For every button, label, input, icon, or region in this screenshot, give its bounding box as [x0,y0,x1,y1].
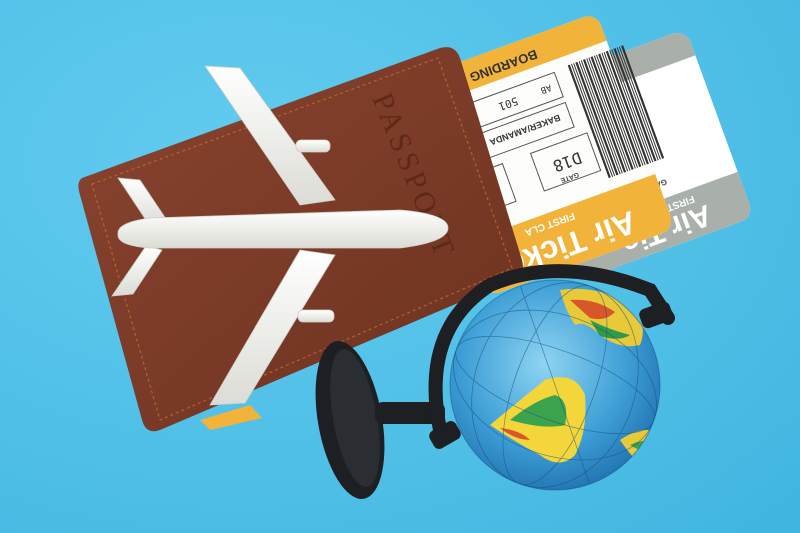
photo-scene: BO Air Tic FIRST CLASS GATE BOARDING PA … [0,0,800,533]
scene-illustration: BO Air Tic FIRST CLASS GATE BOARDING PA … [0,0,800,533]
globe-stand [305,336,445,505]
